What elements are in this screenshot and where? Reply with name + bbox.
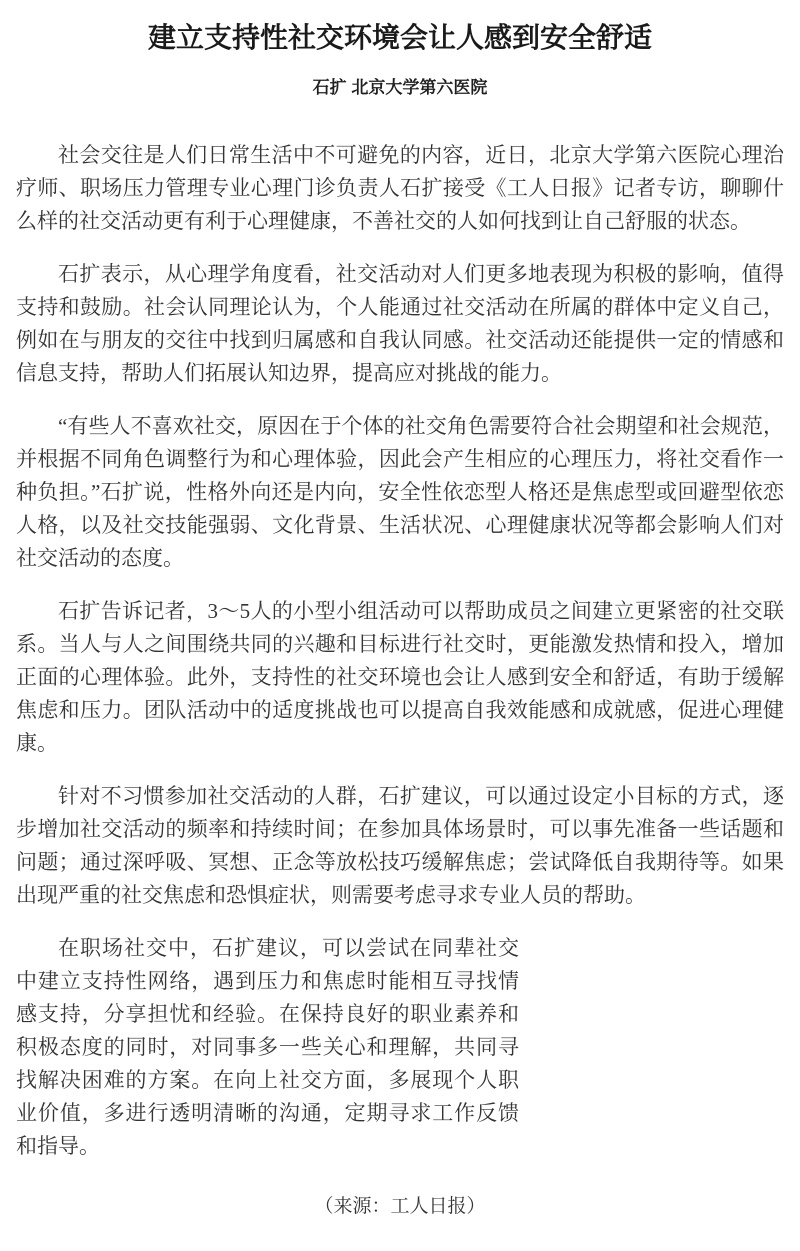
paragraph-workplace: 在职场社交中，石扩建议，可以尝试在同辈社交中建立支持性网络，遇到压力和焦虑时能相…	[16, 932, 519, 1163]
paragraph-psychology-view: 石扩表示，从心理学角度看，社交活动对人们更多地表现为积极的影响，值得支持和鼓励。…	[16, 258, 784, 390]
source-line: （来源：工人日报）	[16, 1195, 784, 1219]
article-byline: 石扩 北京大学第六医院	[16, 78, 784, 97]
article-body: 社会交往是人们日常生活中不可避免的内容，近日，北京大学第六医院心理治疗师、职场压…	[16, 139, 784, 1219]
paragraph-social-roles: “有些人不喜欢社交，原因在于个体的社交角色需要符合社会期望和社会规范，并根据不同…	[16, 410, 784, 575]
article-title: 建立支持性社交环境会让人感到安全舒适	[16, 0, 784, 53]
paragraph-small-groups: 石扩告诉记者，3～5人的小型小组活动可以帮助成员之间建立更紧密的社交联系。当人与…	[16, 595, 784, 760]
article-page: 建立支持性社交环境会让人感到安全舒适 石扩 北京大学第六医院 社会交往是人们日常…	[0, 0, 800, 1251]
paragraph-intro: 社会交往是人们日常生活中不可避免的内容，近日，北京大学第六医院心理治疗师、职场压…	[16, 139, 784, 238]
paragraph-advice: 针对不习惯参加社交活动的人群，石扩建议，可以通过设定小目标的方式，逐步增加社交活…	[16, 780, 784, 912]
